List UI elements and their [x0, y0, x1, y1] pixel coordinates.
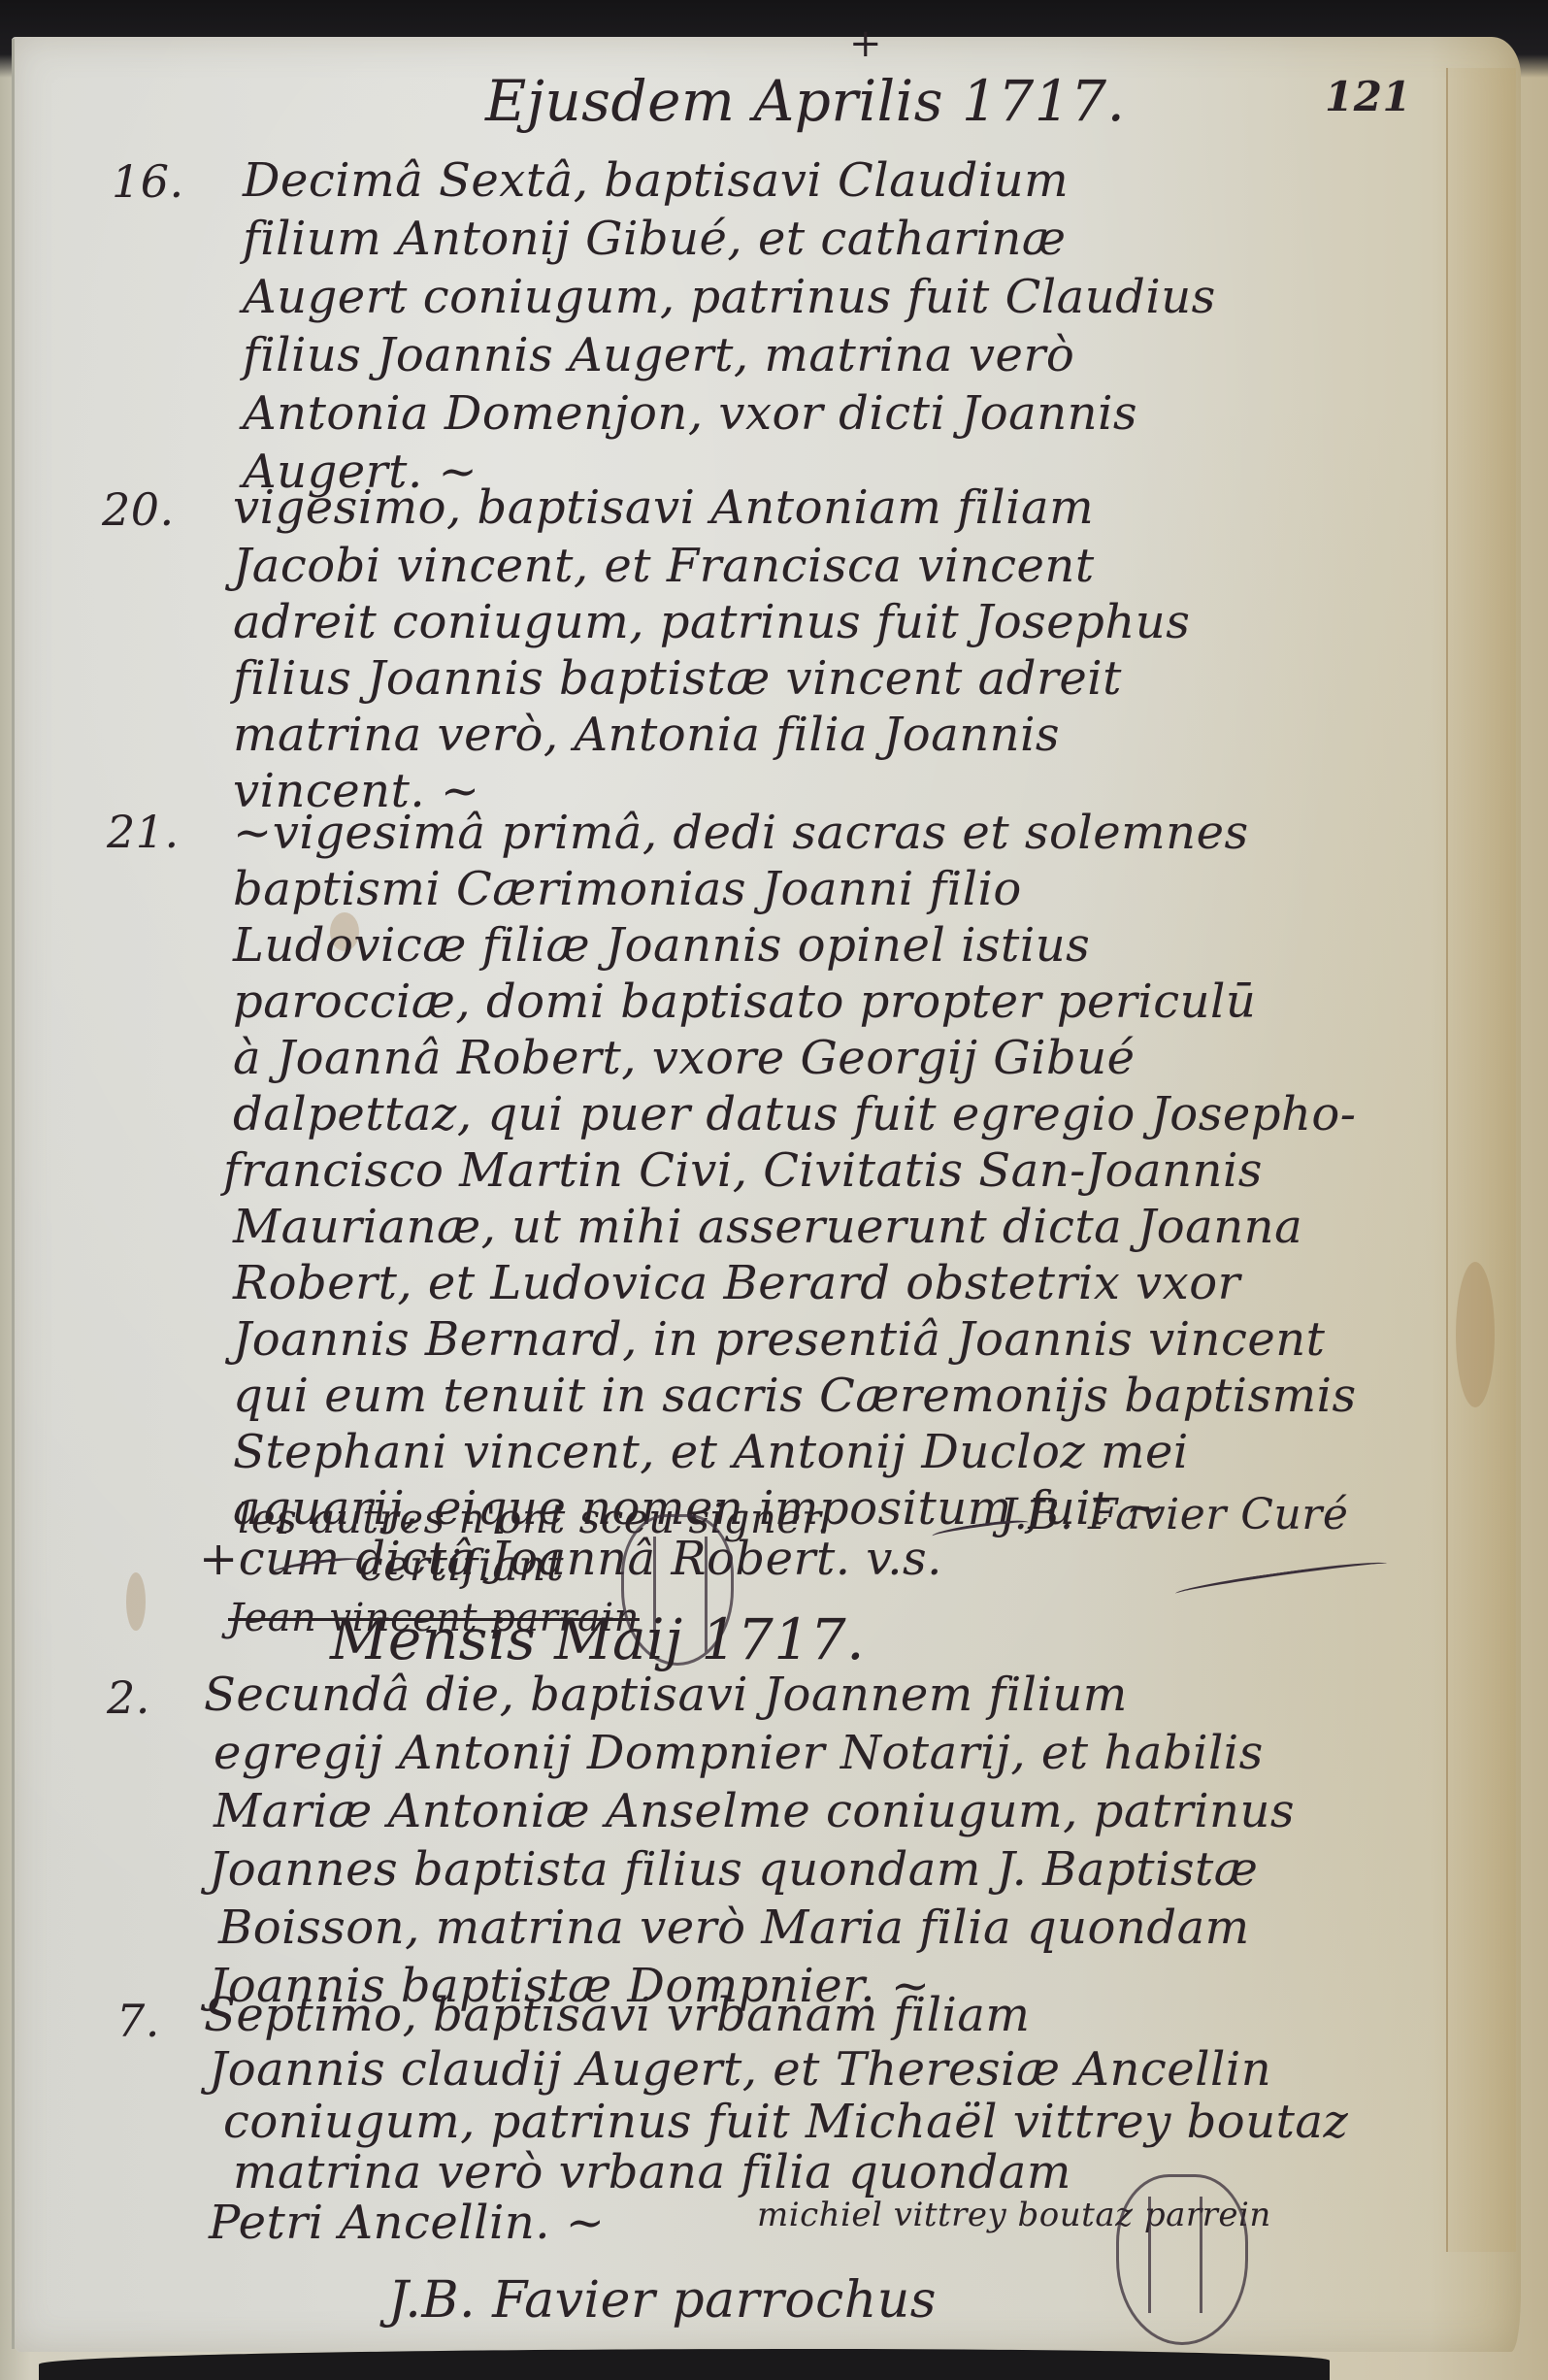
paper-stain [126, 1572, 146, 1631]
priest-signature-footer: J.B. Favier parrochus [388, 2271, 937, 2330]
entry-line: Decimâ Sextâ, baptisavi Claudium [243, 153, 1069, 208]
entry-line: Joannis claudij Augert, et Theresiæ Ance… [209, 2042, 1271, 2097]
entry-line: Petri Ancellin. ~ [209, 2196, 605, 2250]
entry-line: Septimo, baptisavi vrbanam filiam [204, 1988, 1030, 2042]
entry-line: matrina verò, Antonia filia Joannis [233, 708, 1060, 762]
entry-day-number: 2. [107, 1671, 150, 1724]
entry-line: filium Antonij Gibué, et catharinæ [243, 212, 1067, 266]
page-title: Ejusdem Aprilis 1717. [485, 68, 1125, 134]
entry-line: coniugum, patrinus fuit Michaël vittrey … [223, 2095, 1348, 2149]
entry-line: baptismi Cærimonias Joanni filio [233, 862, 1022, 916]
non-signer-note: les autres n'ont sceu signer. [238, 1495, 831, 1542]
entry-line: vigesimo, baptisavi Antoniam filiam [233, 480, 1094, 535]
entry-line: à Joannâ Robert, vxore Georgij Gibué [233, 1031, 1136, 1085]
entry-day-number: 16. [112, 155, 184, 208]
page-left-edge [12, 39, 15, 2349]
entry-line: dalpettaz, qui puer datus fuit egregio J… [233, 1087, 1357, 1141]
entry-line: adreit coniugum, patrinus fuit Josephus [233, 595, 1190, 649]
certification-word: certifiant [359, 1541, 564, 1591]
entry-line: Secundâ die, baptisavi Joannem filium [204, 1668, 1128, 1722]
folio-number: 121 [1325, 73, 1411, 120]
entry-day-number: 20. [102, 483, 175, 536]
entry-day-number: 21. [107, 806, 180, 858]
signature-monogram [1116, 2174, 1248, 2345]
entry-line: Robert, et Ludovica Berard obstetrix vxo… [233, 1256, 1240, 1310]
priest-signature: J.B. Favier Curé [1000, 1490, 1348, 1539]
entry-line: Ludovicæ filiæ Joannis opinel istius [233, 918, 1090, 973]
entry-line: Augert coniugum, patrinus fuit Claudius [243, 270, 1216, 324]
page-fold-edge [1446, 68, 1516, 2252]
entry-line: parocciæ, domi baptisato propter pericul… [233, 975, 1256, 1029]
entry-line: Jacobi vincent, et Francisca vincent [233, 539, 1095, 593]
entry-line: ~vigesimâ primâ, dedi sacras et solemnes [233, 806, 1249, 860]
entry-line: francisco Martin Civi, Civitatis San-Joa… [223, 1143, 1263, 1198]
entry-day-number: 7. [116, 1995, 160, 2047]
entry-line: filius Joannis baptistæ vincent adreit [233, 651, 1122, 706]
section-heading-may: Mensis Maij 1717. [330, 1606, 865, 1672]
entry-line: Boisson, matrina verò Maria filia quonda… [218, 1901, 1250, 1955]
torn-page-bottom [39, 2349, 1330, 2380]
entry-line: Antonia Domenjon, vxor dicti Joannis [243, 386, 1137, 441]
paper-stain [1456, 1262, 1495, 1407]
entry-line: Mariæ Antoniæ Anselme coniugum, patrinus [214, 1784, 1295, 1838]
entry-line: Joannis Bernard, in presentiâ Joannis vi… [233, 1312, 1325, 1367]
top-cross-mark: + [849, 21, 882, 66]
entry-line: qui eum tenuit in sacris Cæremonijs bapt… [233, 1369, 1357, 1423]
entry-line: Maurianæ, ut mihi asseruerunt dicta Joan… [233, 1200, 1302, 1254]
entry-line: matrina verò vrbana filia quondam [233, 2145, 1071, 2199]
entry-line: Stephani vincent, et Antonij Ducloz mei [233, 1425, 1189, 1479]
entry-line: filius Joannis Augert, matrina verò [243, 328, 1074, 382]
entry-line: egregij Antonij Dompnier Notarij, et hab… [214, 1726, 1264, 1780]
entry-line: Joannes baptista filius quondam J. Bapti… [209, 1842, 1258, 1897]
